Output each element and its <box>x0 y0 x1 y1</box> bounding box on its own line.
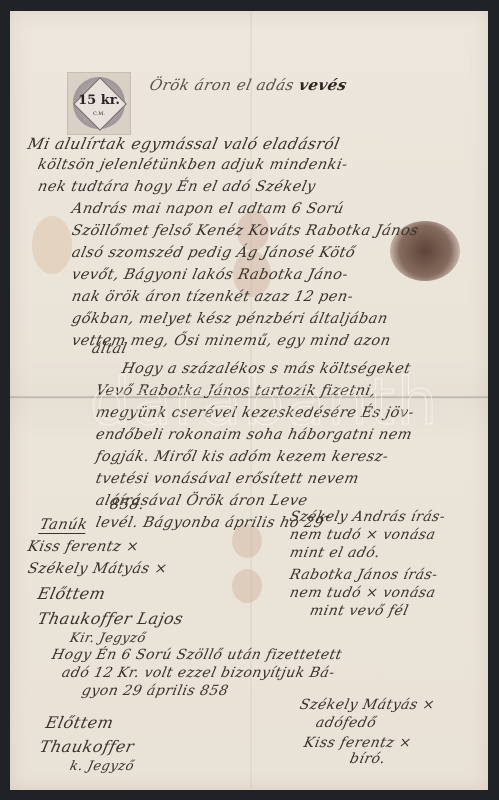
attestation-signature-right: adófedő <box>314 715 378 731</box>
body-line: által <box>90 341 128 357</box>
seller-signature: nem tudó × vonása <box>288 527 437 543</box>
witness-name: Előttem <box>36 584 107 603</box>
witness-name: Kiss ferentz × <box>26 539 140 555</box>
body-line: Szöllőmet felső Kenéz Kováts Rabotka Ján… <box>70 223 420 239</box>
buyer-signature: Rabotka János írás- <box>288 567 439 583</box>
body-line: költsön jelenlétünkben adjuk mindenki- <box>36 157 349 173</box>
seller-signature: Székely András írás- <box>288 509 446 525</box>
buyer-signature: mint vevő fél <box>308 603 410 619</box>
attestation-signature: Előttem <box>44 713 115 732</box>
body-line: fogják. Miről kis adóm kezem keresz- <box>94 449 390 465</box>
water-stain <box>32 216 72 274</box>
body-line: tvetési vonásával erősített nevem <box>94 471 360 487</box>
title-prefix: Örök áron el adás <box>148 76 296 94</box>
body-line: vevőt, Bágyoni lakós Rabotka Jáno- <box>70 267 349 283</box>
attestation-line: gyon 29 április 858 <box>80 683 230 699</box>
watermark: darabanth <box>90 366 439 440</box>
attestation-signature-right: Kiss ferentz × <box>302 735 413 751</box>
title-strong: vevés <box>297 76 348 94</box>
seller-signature: mint el adó. <box>288 545 381 561</box>
witnesses-heading: Tanúk <box>38 517 89 534</box>
water-stain <box>232 569 262 603</box>
attestation-line: adó 12 Kr. volt ezzel bizonyítjuk Bá- <box>60 665 336 681</box>
attestation-line: Hogy Én 6 Sorú Szöllő után fizettetett <box>50 647 343 663</box>
document-title: Örök áron el adás vevés <box>148 76 349 94</box>
stamp-value: 15 kr. <box>68 93 130 108</box>
body-line: alsó szomszéd pedig Ág Jánosé Kötő <box>70 245 357 261</box>
body-line: gőkban, melyet kész pénzbéri általjában <box>70 311 389 327</box>
body-line: nek tudtára hogy Én el adó Székely <box>36 179 317 195</box>
witness-name: Székely Mátyás × <box>26 561 169 577</box>
stamp-currency: C.M. <box>68 111 130 117</box>
attestation-signature-right: bíró. <box>348 751 387 767</box>
attestation-signature: Thaukoffer <box>38 737 136 756</box>
attestation-signature-right: Székely Mátyás × <box>298 697 436 713</box>
body-line: Mi alulírtak egymással való eladásról <box>26 135 342 153</box>
attestation-signature: k. Jegyző <box>68 759 135 774</box>
revenue-stamp: 15 kr. C.M. <box>67 72 131 135</box>
body-line: nak örök áron tízenkét azaz 12 pen- <box>70 289 354 305</box>
buyer-signature: nem tudó × vonása <box>288 585 437 601</box>
document-paper: 15 kr. C.M. Örök áron el adás vevés Mi a… <box>10 11 488 790</box>
witness-title: Kir. Jegyző <box>68 631 147 646</box>
body-line-year: 858. <box>108 497 146 513</box>
body-line: András mai napon el adtam 6 Sorú <box>70 201 345 217</box>
witness-name: Thaukoffer Lajos <box>36 609 185 628</box>
